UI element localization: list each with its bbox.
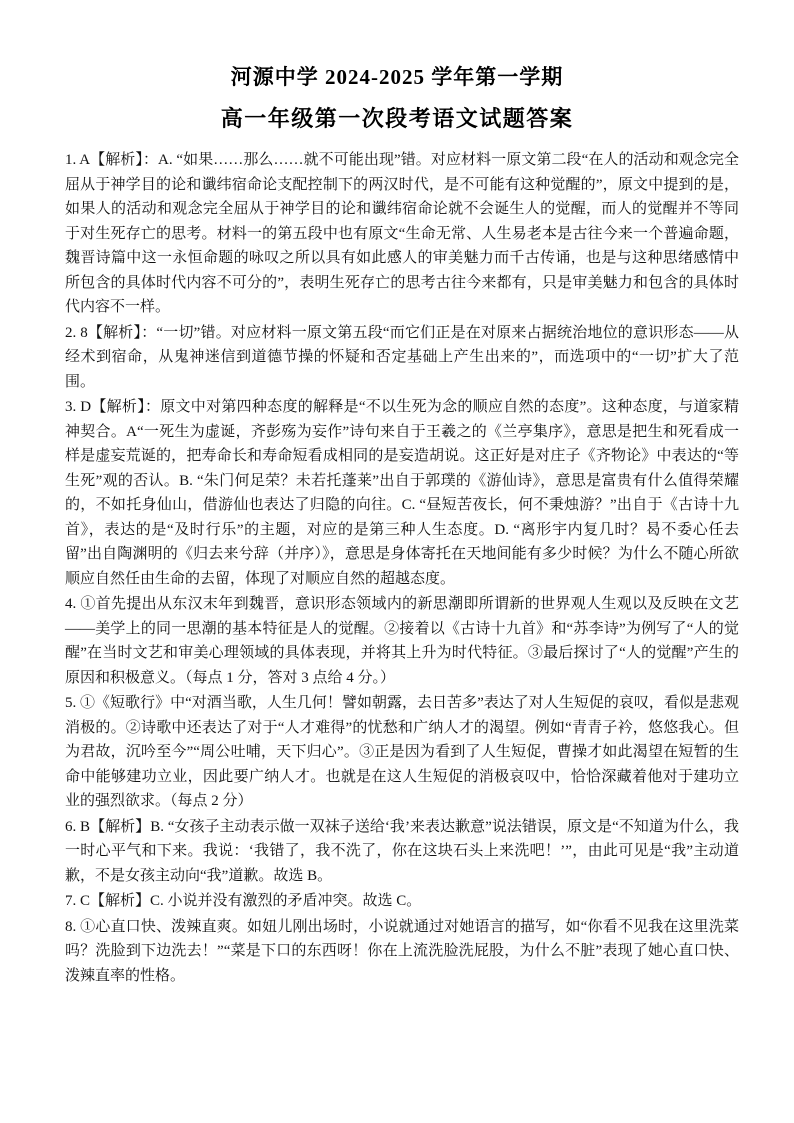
- document-title-line2: 高一年级第一次段考语文试题答案: [0, 104, 794, 134]
- document-page: 河源中学 2024-2025 学年第一学期 高一年级第一次段考语文试题答案 1.…: [0, 0, 794, 1123]
- answer-item-8: 8. ①心直口快、泼辣直爽。如妞儿刚出场时，小说就通过对她语言的描写，如“你看不…: [65, 915, 739, 989]
- answer-item-1: 1. A【解析】：A. “如果……那么……就不可能出现”错。对应材料一原文第二段…: [65, 148, 739, 320]
- answer-item-3: 3. D【解析】：原文中对第四种态度的解释是“不以生死为念的顺应自然的态度”。这…: [65, 395, 739, 591]
- answer-item-7: 7. C【解析】C. 小说并没有激烈的矛盾冲突。故选 C。: [65, 889, 739, 914]
- document-body: 1. A【解析】：A. “如果……那么……就不可能出现”错。对应材料一原文第二段…: [65, 148, 739, 988]
- answer-item-4: 4. ①首先提出从东汉末年到魏晋，意识形态领域内的新思潮即所谓新的世界观人生观以…: [65, 592, 739, 690]
- answer-item-6: 6. B【解析】B. “女孩子主动表示做一双袜子送给‘我’来表达歉意”说法错误，…: [65, 815, 739, 889]
- document-header: 河源中学 2024-2025 学年第一学期 高一年级第一次段考语文试题答案: [0, 0, 794, 134]
- document-title-line1: 河源中学 2024-2025 学年第一学期: [0, 62, 794, 92]
- answer-item-2: 2. 8【解析】：“一切”错。对应材料一原文第五段“而它们正是在对原来占据统治地…: [65, 321, 739, 395]
- answer-item-5: 5. ①《短歌行》中“对酒当歌，人生几何！譬如朝露，去日苦多”表达了对人生短促的…: [65, 691, 739, 814]
